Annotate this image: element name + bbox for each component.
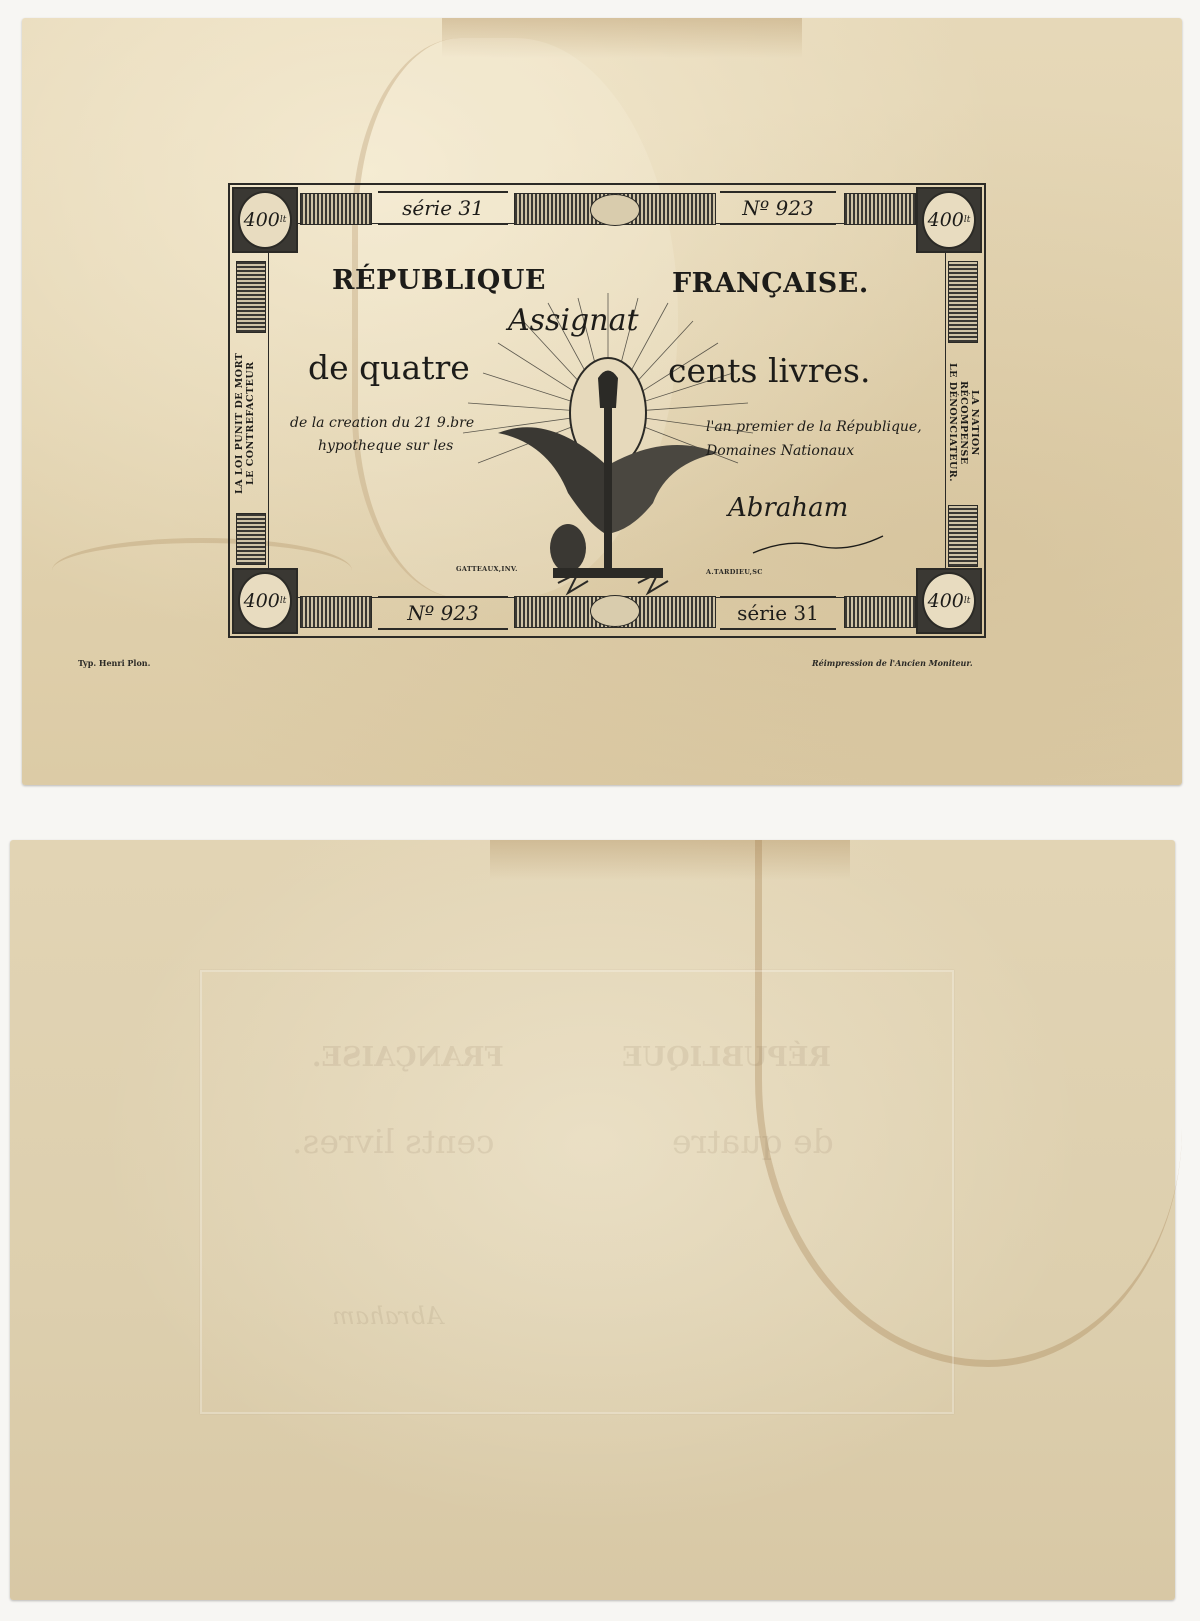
assignat-script-label: Assignat — [508, 303, 639, 338]
reprint-credit: Réimpression de l'Ancien Moniteur. — [812, 658, 973, 668]
guilloche-band — [948, 261, 978, 343]
guilloche-band — [300, 596, 372, 628]
assignat-back-sheet: FRANÇAISE. RÉPUBLIQUE cents livres. de q… — [10, 840, 1175, 1600]
corner-denomination-top-left: 400lt — [232, 187, 298, 253]
printer-credit: Typ. Henri Plon. — [78, 658, 150, 668]
reward-informer-text: LA NATION RÉCOMPENSE LE DÉNONCIATEUR. — [947, 348, 980, 498]
mortgage-text: hypotheque sur les — [318, 438, 453, 454]
side-text-line: LE DÉNONCIATEUR. — [947, 348, 958, 498]
signature-flourish-icon — [748, 528, 888, 558]
ghost-title: FRANÇAISE. — [312, 1042, 504, 1073]
ghost-title: RÉPUBLIQUE — [622, 1042, 831, 1073]
guilloche-band — [844, 596, 916, 628]
denomination-unit: lt — [964, 215, 971, 225]
water-stain — [442, 18, 802, 58]
assignat-front-sheet: 400lt 400lt 400lt 400lt série 31 Nº 923 … — [22, 18, 1182, 785]
embossed-show-through: FRANÇAISE. RÉPUBLIQUE cents livres. de q… — [200, 970, 954, 1414]
denomination-value: 400 — [928, 590, 964, 612]
guilloche-band — [236, 261, 266, 333]
denomination-value: 400 — [244, 590, 280, 612]
ghost-amount: cents livres. — [292, 1122, 494, 1161]
guilloche-band — [948, 505, 978, 567]
side-text-line: LE CONTREFACTEUR — [245, 338, 256, 508]
side-text-line: LA LOI PUNIT DE MORT — [234, 338, 245, 508]
amount-text-left: de quatre — [308, 348, 470, 387]
ghost-signature: Abraham — [332, 1302, 443, 1330]
denomination-value: 400 — [244, 209, 280, 231]
corner-denomination-top-right: 400lt — [916, 187, 982, 253]
national-domains-text: Domaines Nationaux — [706, 443, 854, 459]
denomination-value: 400 — [928, 209, 964, 231]
denomination-unit: lt — [280, 596, 287, 606]
creation-date-text: de la creation du 21 9.bre — [290, 415, 474, 431]
denomination-unit: lt — [280, 215, 287, 225]
banknote-frame: 400lt 400lt 400lt 400lt série 31 Nº 923 … — [228, 183, 986, 638]
engraver-credit-left: GATTEAUX,INV. — [456, 565, 518, 573]
engraver-credit-right: A.TARDIEU,SC — [706, 568, 763, 576]
ghost-amount: de quatre — [672, 1122, 834, 1161]
water-stain — [490, 840, 850, 880]
series-top: série 31 — [378, 191, 508, 225]
year-republic-text: l'an premier de la République, — [706, 419, 922, 435]
side-text-line: LA NATION RÉCOMPENSE — [958, 348, 980, 498]
signature: Abraham — [728, 493, 848, 523]
guilloche-band — [300, 193, 372, 225]
corner-denomination-bottom-right: 400lt — [916, 568, 982, 634]
allegory-medallion-icon — [590, 194, 640, 226]
guilloche-band — [844, 193, 916, 225]
guilloche-band — [236, 513, 266, 565]
amount-text-right: cents livres. — [668, 351, 870, 390]
warning-counterfeit-text: LA LOI PUNIT DE MORT LE CONTREFACTEUR — [234, 338, 256, 508]
number-top: Nº 923 — [720, 191, 836, 225]
corner-denomination-bottom-left: 400lt — [232, 568, 298, 634]
denomination-unit: lt — [964, 596, 971, 606]
title-republique: RÉPUBLIQUE — [332, 265, 546, 296]
